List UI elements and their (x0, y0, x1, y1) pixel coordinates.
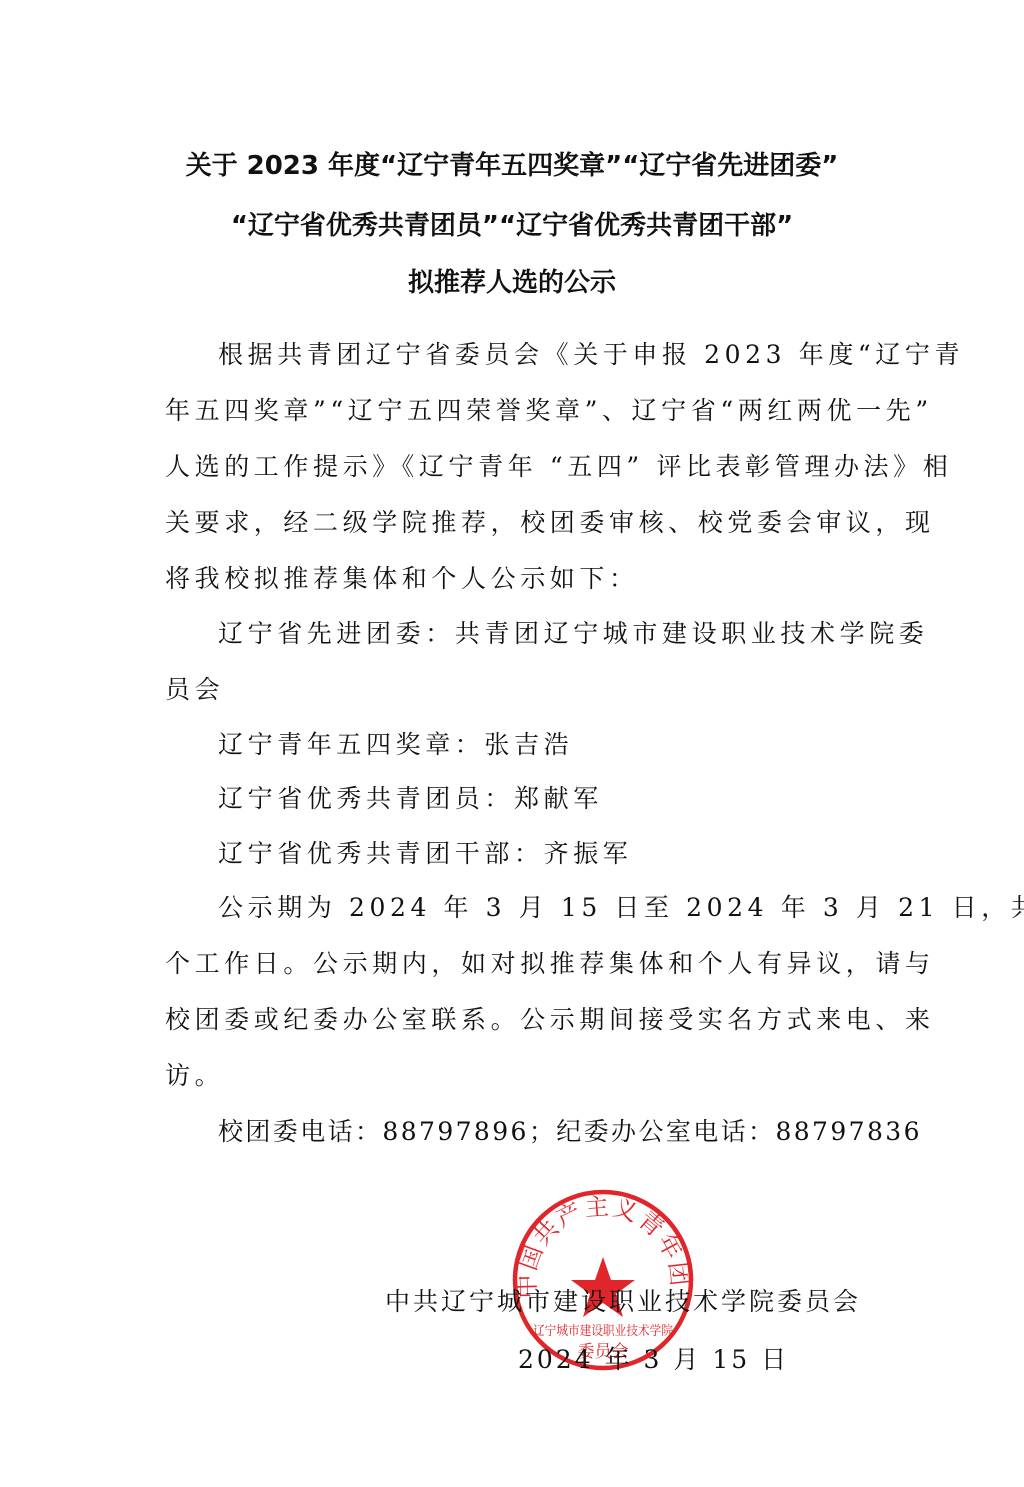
period-line: 访。 (165, 1056, 224, 1092)
nominee-outstanding-cadre: 辽宁省优秀共青团干部：齐振军 (218, 834, 632, 870)
intro-line: 年五四奖章”“辽宁五四荣誉奖章”、辽宁省“两红两优一先” (165, 391, 933, 427)
period-line: 个工作日。公示期内，如对拟推荐集体和个人有异议，请与 (165, 944, 935, 980)
nominee-advanced-committee-cont: 员会 (165, 670, 224, 706)
intro-line: 根据共青团辽宁省委员会《关于申报 2023 年度“辽宁青 (218, 335, 964, 371)
intro-line: 将我校拟推荐集体和个人公示如下： (165, 559, 639, 595)
nominee-may-fourth-medal: 辽宁青年五四奖章：张吉浩 (218, 725, 573, 761)
intro-line: 人选的工作提示》《辽宁青年 “五四” 评比表彰管理办法》相 (165, 447, 952, 483)
title-line-2: “辽宁省优秀共青团员”“辽宁省优秀共青团干部” (0, 205, 1024, 242)
period-line: 公示期为 2024 年 3 月 15 日至 2024 年 3 月 21 日，共 … (218, 888, 1024, 924)
signature-date: 2024 年 3 月 15 日 (518, 1340, 789, 1376)
signature-organization: 中共辽宁城市建设职业技术学院委员会 (385, 1282, 861, 1318)
nominee-advanced-committee: 辽宁省先进团委：共青团辽宁城市建设职业技术学院委 (218, 614, 928, 650)
intro-line: 关要求，经二级学院推荐，校团委审核、校党委会审议，现 (165, 503, 935, 539)
title-line-3: 拟推荐人选的公示 (0, 262, 1024, 299)
svg-text:辽宁城市建设职业技术学院: 辽宁城市建设职业技术学院 (533, 1323, 673, 1339)
period-line: 校团委或纪委办公室联系。公示期间接受实名方式来电、来 (165, 1000, 935, 1036)
title-line-1: 关于 2023 年度“辽宁青年五四奖章”“辽宁省先进团委” (0, 145, 1024, 182)
contact-phones: 校团委电话：88797896；纪委办公室电话：88797836 (218, 1112, 922, 1148)
nominee-outstanding-member: 辽宁省优秀共青团员：郑献军 (218, 779, 603, 815)
